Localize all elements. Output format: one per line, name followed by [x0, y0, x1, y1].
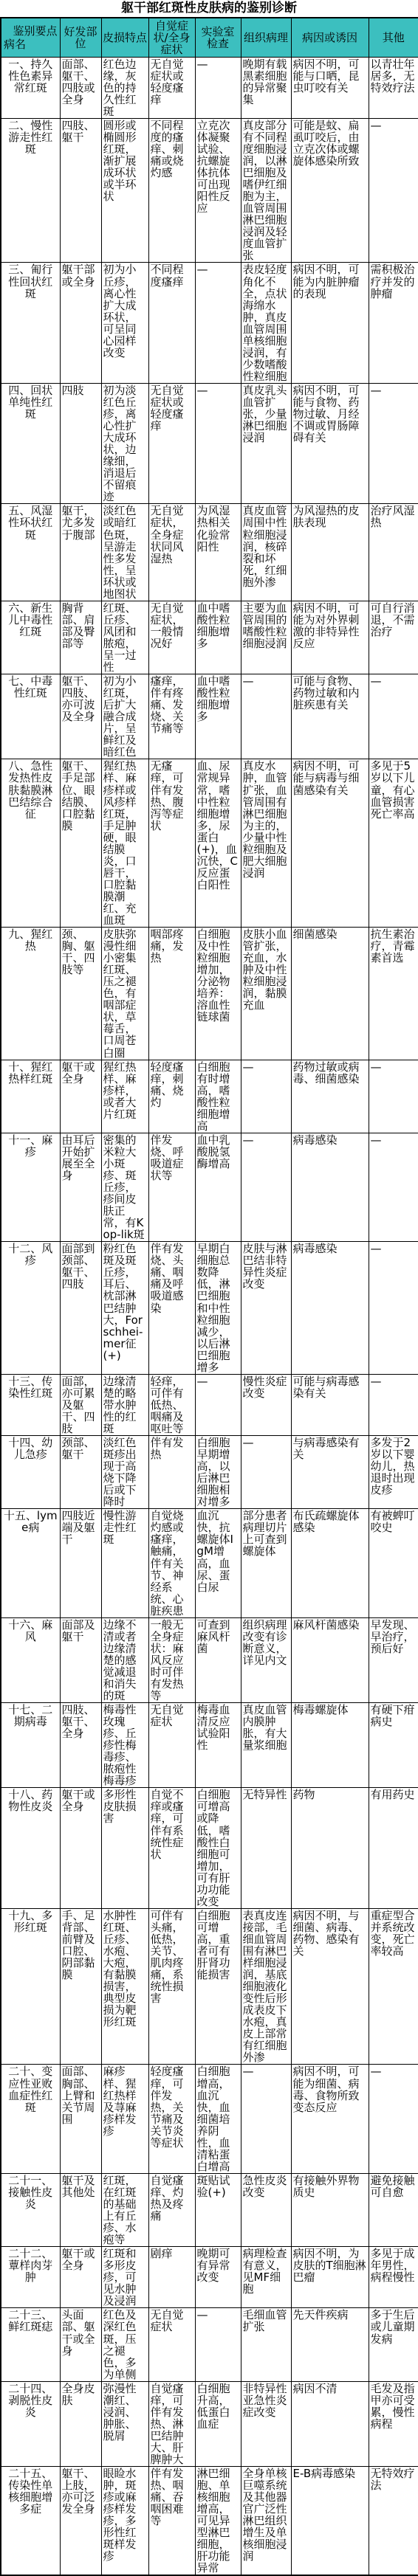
cell-cause: 病因不明，可能与口晒，昆虫叮咬有关 [291, 57, 369, 118]
cell-pathology: — [241, 1436, 291, 1509]
cell-other: 多发于2岁以下婴幼儿，热退时出现皮疹 [369, 1436, 418, 1509]
cell-pathology: — [241, 1133, 291, 1241]
cell-disease-name: 十五、lyme病 [1, 1509, 60, 1617]
cell-site: 颈、胸、躯干、四肢等 [60, 928, 101, 1060]
cell-site: 躯干、手足部位、眼结膜、口腔黏膜 [60, 759, 101, 928]
cell-lab: 早期白细胞总数降低，淋巴细胞和中性粒细胞减少，以后淋巴细胞增多 [195, 1242, 241, 1375]
cell-other: 重症型合并系统改变，死亡率较高 [369, 1908, 418, 2065]
cell-other: 治疗风湿热 [369, 504, 418, 601]
table-row: 十九、多形红斑手、足背部、前臂及口腔、阴部黏膜水肿性红斑、丘疹、水疱、大疱，有黏… [1, 1908, 418, 2065]
cell-symptoms: 无自觉症状，全身症状同风湿热 [148, 504, 195, 601]
cell-symptoms: 伴有发热 [148, 1436, 195, 1509]
cell-disease-name: 十一、麻疹 [1, 1133, 60, 1241]
cell-lesion: 红色及深红色斑，压之褪色，多为单侧 [101, 2308, 148, 2381]
cell-other: 毛发及指甲亦可受累，慢性病程 [369, 2381, 418, 2466]
cell-cause: 有接触外界物质史 [291, 2173, 369, 2246]
table-row: 三、匍行性回状红斑躯干部或全身初为小丘疹，离心性扩大成环状，可呈同心园样改变不同… [1, 263, 418, 383]
cell-disease-name: 十七、二期病毒 [1, 1703, 60, 1788]
cell-cause: 可能与食物、药物过敏和内脏疾患有关 [291, 674, 369, 759]
cell-pathology: 表真皮连接部，毛细血管周围有淋巴样细胞浸润，基底细胞液化变性后形成表皮下水疱，真… [241, 1908, 291, 2065]
cell-cause: E-B病毒感染 [291, 2467, 369, 2576]
cell-cause: 病因不明，与细菌、病毒、药物、感染有关 [291, 1908, 369, 2065]
cell-cause: 可能与病毒感染有关 [291, 1374, 369, 1435]
cell-lesion: 梅毒性玫瑰疹、丘疹性梅毒疹、脓疱性梅毒疹 [101, 1703, 148, 1788]
table-row: 十四、幼儿急疹颈部、躯干淡红色斑疹出现于高烧下降后或下降时伴有发热白细胞早期增高… [1, 1436, 418, 1509]
table-row: 二十四、剥脱性皮炎全身皮肤弥漫性潮红、浸润、肿胀、脱屑自觉瘙痒，可伴有发热、淋巴… [1, 2381, 418, 2466]
cell-disease-name: 二十三、鲜红斑痣 [1, 2308, 60, 2381]
cell-other: 有硬下疳病史 [369, 1703, 418, 1788]
header-row: 鉴别要点 病名 好发部位 皮损特点 自觉症状/全身症状 实验室检查 组织病理 病… [1, 18, 418, 58]
cell-lab: — [195, 1374, 241, 1435]
cell-disease-name: 十四、幼儿急疹 [1, 1436, 60, 1509]
cell-symptoms: 伴有发热、咽痛、吞咽困难等 [148, 2467, 195, 2576]
cell-site: 颈部、躯干 [60, 1436, 101, 1509]
cell-pathology: 真皮血管内膜肿胀，有大量浆细胞 [241, 1703, 291, 1788]
cell-pathology: 毛细血管扩张 [241, 2308, 291, 2381]
cell-disease-name: 二、慢性游走性红斑 [1, 118, 60, 263]
header-col-pathology: 组织病理 [241, 18, 291, 58]
cell-site: 躯干、上肢，亦可泛发全身 [60, 2467, 101, 2576]
cell-other: 多见于成年男性，病程慢性 [369, 2247, 418, 2308]
cell-lesion: 边缘清楚的略带水肿性的红斑 [101, 1374, 148, 1435]
cell-cause: 与病毒感染有关 [291, 1436, 369, 1509]
cell-other: — [369, 1242, 418, 1375]
cell-lesion: 密集的米粒大小斑疹、斑丘疹，疹间皮肤正常，有Kop-lik斑 [101, 1133, 148, 1241]
cell-symptoms: 不同程度瘙痒 [148, 263, 195, 383]
cell-pathology: 表皮轻度角化不全，点状海绵水肿，真皮血管周围单核细胞浸润，有少数嗜酸性粒细胞 [241, 263, 291, 383]
cell-symptoms: 自觉烧灼感或瘙痒，触痛，伴有关节、神经系统、心脏疾患 [148, 1509, 195, 1617]
cell-pathology: 真皮水肿，血管扩张，血管周围有淋巴细胞为主的，少量中性粒细胞及肥大细胞浸润 [241, 759, 291, 928]
cell-lab: 晚期可有异常改变 [195, 2247, 241, 2308]
cell-disease-name: 十二、风疹 [1, 1242, 60, 1375]
cell-lesion: 麻疹样、猩红热样及荨麻疹样发疹 [101, 2065, 148, 2173]
cell-other: 抗生素治疗，青霉素首选 [369, 928, 418, 1060]
cell-disease-name: 二十、变应性亚败血症性红斑 [1, 2065, 60, 2173]
cell-lesion: 猩红热样、麻疹样或风疹样红斑，手足肿硬，眼结膜炎，口唇干，口腔黏膜潮红、充血斑 [101, 759, 148, 928]
table-row: 二十三、鲜红斑痣头面部、躯干或全身红色及深红色斑，压之褪色，多为单侧无自觉症状—… [1, 2308, 418, 2381]
cell-lesion: 猩红热样、麻疹样，或者大片红斑 [101, 1060, 148, 1133]
cell-disease-name: 八、急性发热性皮肤黏膜淋巴结综合征 [1, 759, 60, 928]
cell-cause: 麻风杆菌感染 [291, 1617, 369, 1702]
cell-lab: — [195, 263, 241, 383]
cell-lab: 白细胞可增高或降低，嗜酸性白细胞可增加，可有肝功功能改变 [195, 1788, 241, 1908]
cell-lesion: 眼睑水肿，斑疹或麻疹样发疹，多形性红斑样发疹 [101, 2467, 148, 2576]
cell-disease-name: 二十四、剥脱性皮炎 [1, 2381, 60, 2466]
cell-cause: 病毒感染 [291, 1133, 369, 1241]
cell-symptoms: 轻度瘙痒，可伴发热，关节痛及关节炎等症状 [148, 2065, 195, 2173]
cell-other: 早发现、早治疗，预后好 [369, 1617, 418, 1702]
cell-pathology: 主要为血管周围的嗜酸性粒细胞浸润 [241, 601, 291, 674]
cell-cause: 可能是蚊、扁虱叮咬后，由立克次体或螺旋体感染所致 [291, 118, 369, 263]
cell-pathology: 组织病理改变有诊断意义，详见内文 [241, 1617, 291, 1702]
cell-lab: 血沉快，抗螺旋体IgM增高，血尿、蛋白尿 [195, 1509, 241, 1617]
cell-symptoms: 不同程度的瘙痒、刺痛或烧灼感 [148, 118, 195, 263]
cell-lesion: 初为小丘疹，离心性扩大成环状，可呈同心园样改变 [101, 263, 148, 383]
cell-symptoms: 一般无全身症状：麻风反应时可伴有发热等 [148, 1617, 195, 1702]
cell-cause: 为风湿热的皮肤表现 [291, 504, 369, 601]
cell-site: 躯干部或全身 [60, 263, 101, 383]
cell-lesion: 弥漫性潮红、浸润、肿胀、脱屑 [101, 2381, 148, 2466]
table-row: 四、回状单纯性红斑四肢初为淡红色丘疹，离心性扩大成环状，边缘细，消退后不留痕迹无… [1, 383, 418, 503]
cell-other: 无特效疗法 [369, 2467, 418, 2576]
cell-symptoms: 无瘙痒，可伴有发热、腹泻等症状 [148, 759, 195, 928]
cell-disease-name: 二十二、蕈样肉芽肿 [1, 2247, 60, 2308]
cell-symptoms: 自觉不痒或瘙痒，可伴有系统性症状 [148, 1788, 195, 1908]
cell-symptoms: 伴发烧、呼吸道症状等 [148, 1133, 195, 1241]
table-row: 一、持久性色素异常红斑面部、躯干、四肢或全身红色边缘，灰色的持久性红斑无自觉症状… [1, 57, 418, 118]
cell-cause: 病因不明，可能为内脏肿瘤的表现 [291, 263, 369, 383]
cell-pathology: — [241, 1060, 291, 1133]
cell-lesion: 初为小红斑，后扩大融合成片，呈鲜红及暗红色 [101, 674, 148, 759]
cell-other: — [369, 1374, 418, 1435]
table-row: 十六、麻风面部及躯干边缘不清或者边缘清楚的感觉减退和消失的斑一般无全身症状：麻风… [1, 1617, 418, 1702]
cell-lab: — [195, 2308, 241, 2381]
table-row: 七、中毒性红斑躯干、四肢、亦可波及全身初为小红斑，后扩大融合成片，呈鲜红及暗红色… [1, 674, 418, 759]
cell-lesion: 皮肤弥漫性细小密集红斑、压之褪色，有咽部症状，草莓舌，口周苍白圈 [101, 928, 148, 1060]
cell-site: 躯干或全身 [60, 1060, 101, 1133]
cell-disease-name: 七、中毒性红斑 [1, 674, 60, 759]
cell-lab: 可查到麻风杆菌 [195, 1617, 241, 1702]
cell-lab: 白细胞有时增高，嗜酸性粒细胞增高 [195, 1060, 241, 1133]
cell-other: — [369, 118, 418, 263]
cell-site: 由耳后开始扩展至全身 [60, 1133, 101, 1241]
cell-other: 有被蜱叮咬史 [369, 1509, 418, 1617]
table-row: 十三、传染性红斑面部，亦可累及躯干、四肢边缘清楚的略带水肿性的红斑轻痒，可伴有低… [1, 1374, 418, 1435]
cell-symptoms: 瘙痒，伴有疼痛、发烧、关节痛等 [148, 674, 195, 759]
cell-cause: 病因不明，可能为对外界刺激的非特异性反应 [291, 601, 369, 674]
cell-other: 以青壮年居多，无特效疗法 [369, 57, 418, 118]
cell-other: — [369, 383, 418, 503]
table-row: 六、新生儿中毒性红斑胸背部、肩部及臀部等红斑、丘疹、风团和脓疱，呈一过性无自觉症… [1, 601, 418, 674]
cell-cause: 病毒感染 [291, 1242, 369, 1375]
cell-disease-name: 十六、麻风 [1, 1617, 60, 1702]
cell-pathology: — [241, 2065, 291, 2173]
cell-other: 多见于5岁以下儿童，有心血管损害死亡率高 [369, 759, 418, 928]
cell-other: — [369, 674, 418, 759]
cell-disease-name: 一、持久性色素异常红斑 [1, 57, 60, 118]
cell-pathology: 无特异性 [241, 1788, 291, 1908]
cell-lab: 白细胞可增高，重者可有肝肾功能损害 [195, 1908, 241, 2065]
cell-pathology: 真皮部分有不同程度细胞浸润，以淋巴细胞及嗜伊红细胞为主，血管周围淋巴细胞浸润及轻… [241, 118, 291, 263]
cell-lab: 白细胞早期增高，以后淋巴细胞相对增多 [195, 1436, 241, 1509]
cell-disease-name: 九、猩红热 [1, 928, 60, 1060]
table-row: 十、猩红热样红斑躯干或全身猩红热样、麻疹样，或者大片红斑轻度瘙痒，刺痛、烧灼白细… [1, 1060, 418, 1133]
cell-other: 有用药史 [369, 1788, 418, 1908]
cell-disease-name: 十九、多形红斑 [1, 1908, 60, 2065]
cell-site: 四肢近端及躯干 [60, 1509, 101, 1617]
cell-lesion: 红斑和多形皮疹，可见水肿及浸润 [101, 2247, 148, 2308]
cell-pathology: 慢性炎症改变 [241, 1374, 291, 1435]
header-corner-bottom-label: 病名 [1, 37, 60, 51]
cell-cause: 药物 [291, 1788, 369, 1908]
cell-site: 躯干及其他处 [60, 2173, 101, 2246]
cell-disease-name: 十八、药物性皮炎 [1, 1788, 60, 1908]
cell-pathology: 真皮乳头血管扩张，少量淋巴细胞浸润 [241, 383, 291, 503]
cell-disease-name: 五、风湿性环状红斑 [1, 504, 60, 601]
table-row: 八、急性发热性皮肤黏膜淋巴结综合征躯干、手足部位、眼结膜、口腔黏膜猩红热样、麻疹… [1, 759, 418, 928]
header-col-site: 好发部位 [60, 18, 101, 58]
table-row: 十八、药物性皮炎躯干或全身多形性皮肤损害自觉不痒或瘙痒，可伴有系统性症状白细胞可… [1, 1788, 418, 1908]
cell-other: 避免接触可自愈 [369, 2173, 418, 2246]
cell-lab: 斑贴试验(+) [195, 2173, 241, 2246]
cell-site: 躯干或全身 [60, 1788, 101, 1908]
cell-pathology: 皮肤与淋巴结非特异性炎症改变 [241, 1242, 291, 1375]
table-header: 鉴别要点 病名 好发部位 皮损特点 自觉症状/全身症状 实验室检查 组织病理 病… [1, 18, 418, 58]
table-row: 十五、lyme病四肢近端及躯干慢性游走性红斑自觉烧灼感或瘙痒，触痛，伴有关节、神… [1, 1509, 418, 1617]
cell-lesion: 红斑、丘疹、风团和脓疱，呈一过性 [101, 601, 148, 674]
cell-other: 可自行消退，不需治疗 [369, 601, 418, 674]
table-row: 十二、风疹面部到颈部、躯干、四肢粉红色斑及斑丘疹，耳后、枕部淋巴结肿大，Fors… [1, 1242, 418, 1375]
cell-lesion: 红色边缘，灰色的持久性红斑 [101, 57, 148, 118]
page-title: 躯干部红斑性皮肤病的鉴别诊断 [0, 1, 418, 16]
cell-other: 需积极治疗并发的肿瘤 [369, 263, 418, 383]
cell-lesion: 淡红色或暗红色斑，呈游走性多发性，呈环状或地图状 [101, 504, 148, 601]
cell-site: 面部，亦可累及躯干、四肢 [60, 1374, 101, 1435]
cell-lesion: 多形性皮肤损害 [101, 1788, 148, 1908]
cell-lesion: 水肿性红斑、丘疹、水疱、大疱，有黏膜损害，典型皮损为靶形红斑 [101, 1908, 148, 2065]
cell-site: 四肢 [60, 383, 101, 503]
cell-site: 面部、躯干、四肢或全身 [60, 57, 101, 118]
cell-disease-name: 二十五、传染性单核细胞增多症 [1, 2467, 60, 2576]
cell-cause: 病因不明，可能为细菌、病毒、食物所致变态反应 [291, 2065, 369, 2173]
table-row: 九、猩红热颈、胸、躯干、四肢等皮肤弥漫性细小密集红斑、压之褪色，有咽部症状，草莓… [1, 928, 418, 1060]
cell-cause: 药物过敏或病毒、细菌感染 [291, 1060, 369, 1133]
cell-lab: 梅毒血清反应试验阳性 [195, 1703, 241, 1788]
cell-symptoms: 咽部疼痛，发热 [148, 928, 195, 1060]
cell-cause: 梅毒螺旋体 [291, 1703, 369, 1788]
cell-lesion: 慢性游走性红斑 [101, 1509, 148, 1617]
cell-pathology: 部分患者病理切片上可查到螺旋体 [241, 1509, 291, 1617]
cell-site: 四肢、躯干、全身 [60, 1703, 101, 1788]
cell-pathology: 皮肤小血管扩张，充血，水肿及中性粒细胞浸润，黏膜充血 [241, 928, 291, 1060]
cell-other: — [369, 1133, 418, 1241]
cell-cause: 病因不明，可能与病毒与细菌感染有关 [291, 759, 369, 928]
table-row: 二十二、蕈样肉芽肿躯干或全身红斑和多形皮疹，可见水肿及浸润剧痒晚期可有异常改变病… [1, 2247, 418, 2308]
cell-disease-name: 三、匍行性回状红斑 [1, 263, 60, 383]
cell-disease-name: 十、猩红热样红斑 [1, 1060, 60, 1133]
cell-lesion: 淡红色斑疹出现于高烧下降后或下降时 [101, 1436, 148, 1509]
cell-pathology: 全身单核巨噬系统及其他器官广泛性淋巴组织增生及单核细胞浸润 [241, 2467, 291, 2576]
header-corner-top-label: 鉴别要点 [1, 24, 60, 37]
table-row: 二、慢性游走性红斑四肢、躯干圆形或椭圆形红斑，渐扩展成环状或半环状不同程度的瘙痒… [1, 118, 418, 263]
cell-cause: 病因不明，可能与食物、药物过敏、月经不调或胃肠障碍有关 [291, 383, 369, 503]
header-col-other: 其他 [369, 18, 418, 58]
cell-symptoms: 剧痒 [148, 2247, 195, 2308]
cell-symptoms: 无自觉症状 [148, 2308, 195, 2381]
cell-lab: 白细胞及中性粒细胞增加，分泌物培养：溶血性链球菌 [195, 928, 241, 1060]
cell-site: 胸背部、肩部及臀部等 [60, 601, 101, 674]
cell-lab: 白细胞增高，血沉快，血细菌培养阴性，血清粘蛋白增高 [195, 2065, 241, 2173]
cell-pathology: 病理检查有意义，见MF细胞 [241, 2247, 291, 2308]
header-col-lab: 实验室检查 [195, 18, 241, 58]
cell-pathology: 急性皮炎改变 [241, 2173, 291, 2246]
header-corner-cell: 鉴别要点 病名 [1, 18, 60, 58]
cell-pathology: 非特异性亚急性炎症改变 [241, 2381, 291, 2466]
cell-symptoms: 无自觉症状 [148, 1703, 195, 1788]
table-row: 二十、变应性亚败血症性红斑面部、胸部、上臂和关节周围麻疹样、猩红热样及荨麻疹样发… [1, 2065, 418, 2173]
cell-symptoms: 轻痒，可伴有低热、咽痛及呕吐等 [148, 1374, 195, 1435]
cell-lesion: 红斑，在红斑的基础上有丘疹、水疱等 [101, 2173, 148, 2246]
cell-lesion: 初为淡红色丘疹，离心性扩大成环状，边缘细，消退后不留痕迹 [101, 383, 148, 503]
cell-cause: 病因不明，为皮肤的T细胞淋巴瘤 [291, 2247, 369, 2308]
cell-site: 躯干或全身 [60, 2247, 101, 2308]
cell-symptoms: 可伴有头痛，低热，关节、肌肉疼痛，系统性损害 [148, 1908, 195, 2065]
cell-symptoms: 无自觉症状或轻度瘙痒 [148, 57, 195, 118]
table-row: 十七、二期病毒四肢、躯干、全身梅毒性玫瑰疹、丘疹性梅毒疹、脓疱性梅毒疹无自觉症状… [1, 1703, 418, 1788]
cell-symptoms: 无自觉症状或轻度瘙痒 [148, 383, 195, 503]
cell-site: 面部及躯干 [60, 1617, 101, 1702]
table-row: 五、风湿性环状红斑躯干，尤多发于腹部淡红色或暗红色斑，呈游走性多发性，呈环状或地… [1, 504, 418, 601]
cell-lab: 血、尿常规异常，嗜中性粒细胞增多，尿蛋白(+)，血沉快，C反应蛋白阳性 [195, 759, 241, 928]
cell-lab: — [195, 57, 241, 118]
cell-cause: 布氏疏螺旋体感染 [291, 1509, 369, 1617]
cell-lesion: 粉红色斑及斑丘疹，耳后、枕部淋巴结肿大，Forschhei-mer征(+) [101, 1242, 148, 1375]
cell-disease-name: 四、回状单纯性红斑 [1, 383, 60, 503]
cell-lab: 为风湿热相关化验常阳性 [195, 504, 241, 601]
cell-lab: 血中嗜酸性粒细胞增多 [195, 601, 241, 674]
table-row: 二十五、传染性单核细胞增多症躯干、上肢，亦可泛发全身眼睑水肿，斑疹或麻疹样发疹，… [1, 2467, 418, 2576]
cell-disease-name: 六、新生儿中毒性红斑 [1, 601, 60, 674]
cell-lab: 血中乳酸脱氢酶增高 [195, 1133, 241, 1241]
cell-site: 躯干，尤多发于腹部 [60, 504, 101, 601]
table-row: 二十一、接触性皮炎躯干及其他处红斑，在红斑的基础上有丘疹、水疱等自觉瘙痒、灼热及… [1, 2173, 418, 2246]
cell-symptoms: 自觉瘙痒、灼热及疼痛 [148, 2173, 195, 2246]
cell-cause: 病因不清 [291, 2381, 369, 2466]
cell-symptoms: 自觉瘙痒，可伴有发热、淋巴结肿大、肝脾肿大 [148, 2381, 195, 2466]
cell-lab: 淋巴细胞、单核细胞增高，可见异型淋巴细胞，肝功能异常 [195, 2467, 241, 2576]
cell-site: 四肢、躯干 [60, 118, 101, 263]
cell-site: 头面部、躯干或全身 [60, 2308, 101, 2381]
header-col-symptoms: 自觉症状/全身症状 [148, 18, 195, 58]
cell-site: 面部到颈部、躯干、四肢 [60, 1242, 101, 1375]
cell-other: 多于生后或儿童期发病 [369, 2308, 418, 2381]
header-col-lesion: 皮损特点 [101, 18, 148, 58]
cell-symptoms: 轻度瘙痒，刺痛、烧灼 [148, 1060, 195, 1133]
cell-symptoms: 伴有发烧、头痛、咽痛及呼吸道感染 [148, 1242, 195, 1375]
cell-site: 手、足背部、前臂及口腔、阴部黏膜 [60, 1908, 101, 2065]
differential-diagnosis-table: 鉴别要点 病名 好发部位 皮损特点 自觉症状/全身症状 实验室检查 组织病理 病… [0, 17, 418, 2576]
header-col-cause: 病因或诱因 [291, 18, 369, 58]
cell-other: — [369, 2065, 418, 2173]
cell-pathology: 真皮血管周围中性粒细胞浸润，核碎裂和坏死，红细胞外渗 [241, 504, 291, 601]
cell-other: — [369, 1060, 418, 1133]
cell-lab: — [195, 383, 241, 503]
cell-cause: 先天件疾病 [291, 2308, 369, 2381]
cell-symptoms: 无自觉症状，一般情况好 [148, 601, 195, 674]
cell-lab: 白细胞升高，低蛋白血症 [195, 2381, 241, 2466]
cell-lab: 立克次体凝聚试验、抗螺旋体抗体可出现阳性反应 [195, 118, 241, 263]
cell-site: 躯干、四肢、亦可波及全身 [60, 674, 101, 759]
cell-site: 面部、胸部、上臂和关节周围 [60, 2065, 101, 2173]
table-row: 十一、麻疹由耳后开始扩展至全身密集的米粒大小斑疹、斑丘疹，疹间皮肤正常，有Kop… [1, 1133, 418, 1241]
cell-disease-name: 十三、传染性红斑 [1, 1374, 60, 1435]
cell-pathology: — [241, 674, 291, 759]
cell-lesion: 圆形或椭圆形红斑，渐扩展成环状或半环状 [101, 118, 148, 263]
table-body: 一、持久性色素异常红斑面部、躯干、四肢或全身红色边缘，灰色的持久性红斑无自觉症状… [1, 57, 418, 2575]
cell-cause: 细菌感染 [291, 928, 369, 1060]
cell-lesion: 边缘不清或者边缘清楚的感觉减退和消失的斑 [101, 1617, 148, 1702]
cell-pathology: 晚期有载黑素细胞的异常聚集 [241, 57, 291, 118]
cell-site: 全身皮肤 [60, 2381, 101, 2466]
cell-lab: 血中嗜酸性粒细胞增多 [195, 674, 241, 759]
cell-disease-name: 二十一、接触性皮炎 [1, 2173, 60, 2246]
